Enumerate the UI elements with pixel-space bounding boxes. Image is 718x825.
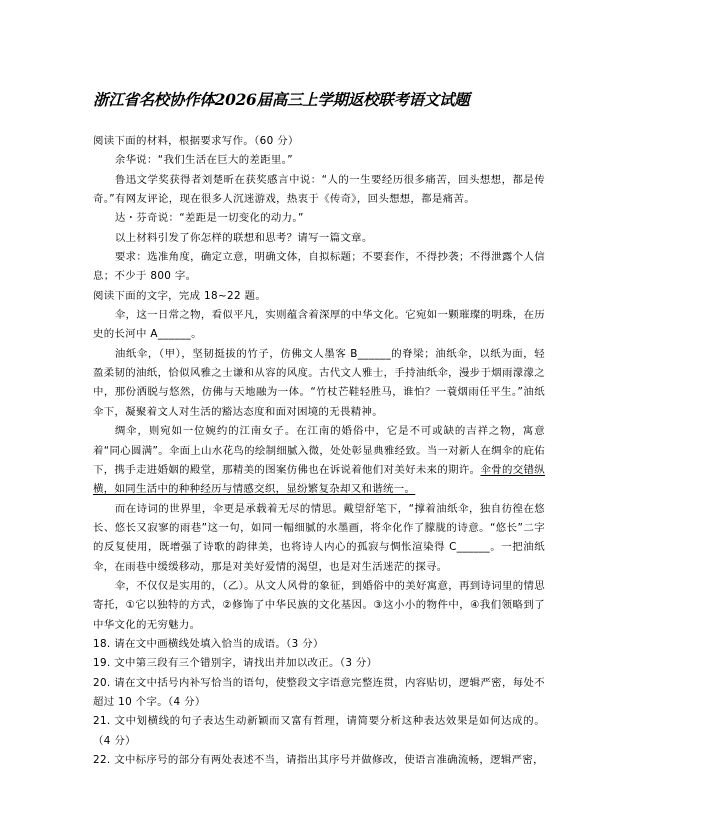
- document-body: 阅读下面的材料，根据要求写作。（60 分） 余华说：“我们生活在巨大的差距里。”…: [93, 132, 545, 770]
- reading-section: 阅读下面的文字，完成 18~22 题。 伞，这一日常之物，看似平凡，实则蕴含着深…: [93, 287, 545, 635]
- question-21: 21. 文中划横线的句子表达生动新颖而又富有哲理，请简要分析这种表达效果是如何达…: [93, 712, 545, 751]
- writing-quote-3: 达・芬奇说：“差距是一切变化的动力。”: [93, 209, 545, 228]
- reading-paragraph-4: 而在诗词的世界里，伞更是承载着无尽的情思。戴望舒笔下，“撑着油纸伞，独自彷徨在悠…: [93, 500, 545, 577]
- question-22: 22. 文中标序号的部分有两处表述不当，请指出其序号并做修改，使语言准确流畅，逻…: [93, 751, 545, 770]
- writing-requirements: 要求：选准角度，确定立意，明确文体，自拟标题；不要套作，不得抄袭；不得泄露个人信…: [93, 248, 545, 287]
- question-19: 19. 文中第三段有三个错别字，请找出并加以改正。（3 分）: [93, 654, 545, 673]
- reading-paragraph-2: 油纸伞，（甲），坚韧挺拔的竹子，仿佛文人墨客 B______的脊梁；油纸伞，以纸…: [93, 345, 545, 422]
- writing-section: 阅读下面的材料，根据要求写作。（60 分） 余华说：“我们生活在巨大的差距里。”…: [93, 132, 545, 287]
- reading-paragraph-1: 伞，这一日常之物，看似平凡，实则蕴含着深厚的中华文化。它宛如一颗璀璨的明珠，在历…: [93, 306, 545, 345]
- paragraph-3-text: 绸伞，则宛如一位婉约的江南女子。在江南的婚俗中，它是不可或缺的吉祥之物，寓意着“…: [93, 425, 545, 476]
- document-page: 浙江省名校协作体2026届高三上学期返校联考语文试题 阅读下面的材料，根据要求写…: [0, 0, 718, 825]
- writing-prompt: 以上材料引发了你怎样的联想和思考？请写一篇文章。: [93, 229, 545, 248]
- writing-quote-2: 鲁迅文学奖获得者刘楚昕在获奖感言中说：“人的一生要经历很多痛苦，回头想想，都是传…: [93, 171, 545, 210]
- question-18: 18. 请在文中画横线处填入恰当的成语。（3 分）: [93, 635, 545, 654]
- writing-instruction: 阅读下面的材料，根据要求写作。（60 分）: [93, 132, 545, 151]
- question-20: 20. 请在文中括号内补写恰当的语句，使整段文字语意完整连贯，内容贴切，逻辑严密…: [93, 674, 545, 713]
- reading-instruction: 阅读下面的文字，完成 18~22 题。: [93, 287, 545, 306]
- document-title: 浙江省名校协作体2026届高三上学期返校联考语文试题: [93, 88, 469, 110]
- writing-quote-1: 余华说：“我们生活在巨大的差距里。”: [93, 151, 545, 170]
- questions-section: 18. 请在文中画横线处填入恰当的成语。（3 分） 19. 文中第三段有三个错别…: [93, 635, 545, 770]
- reading-paragraph-5: 伞，不仅仅是实用的，（乙）。从文人风骨的象征，到婚俗中的美好寓意，再到诗词里的情…: [93, 577, 545, 635]
- reading-paragraph-3: 绸伞，则宛如一位婉约的江南女子。在江南的婚俗中，它是不可或缺的吉祥之物，寓意着“…: [93, 422, 545, 499]
